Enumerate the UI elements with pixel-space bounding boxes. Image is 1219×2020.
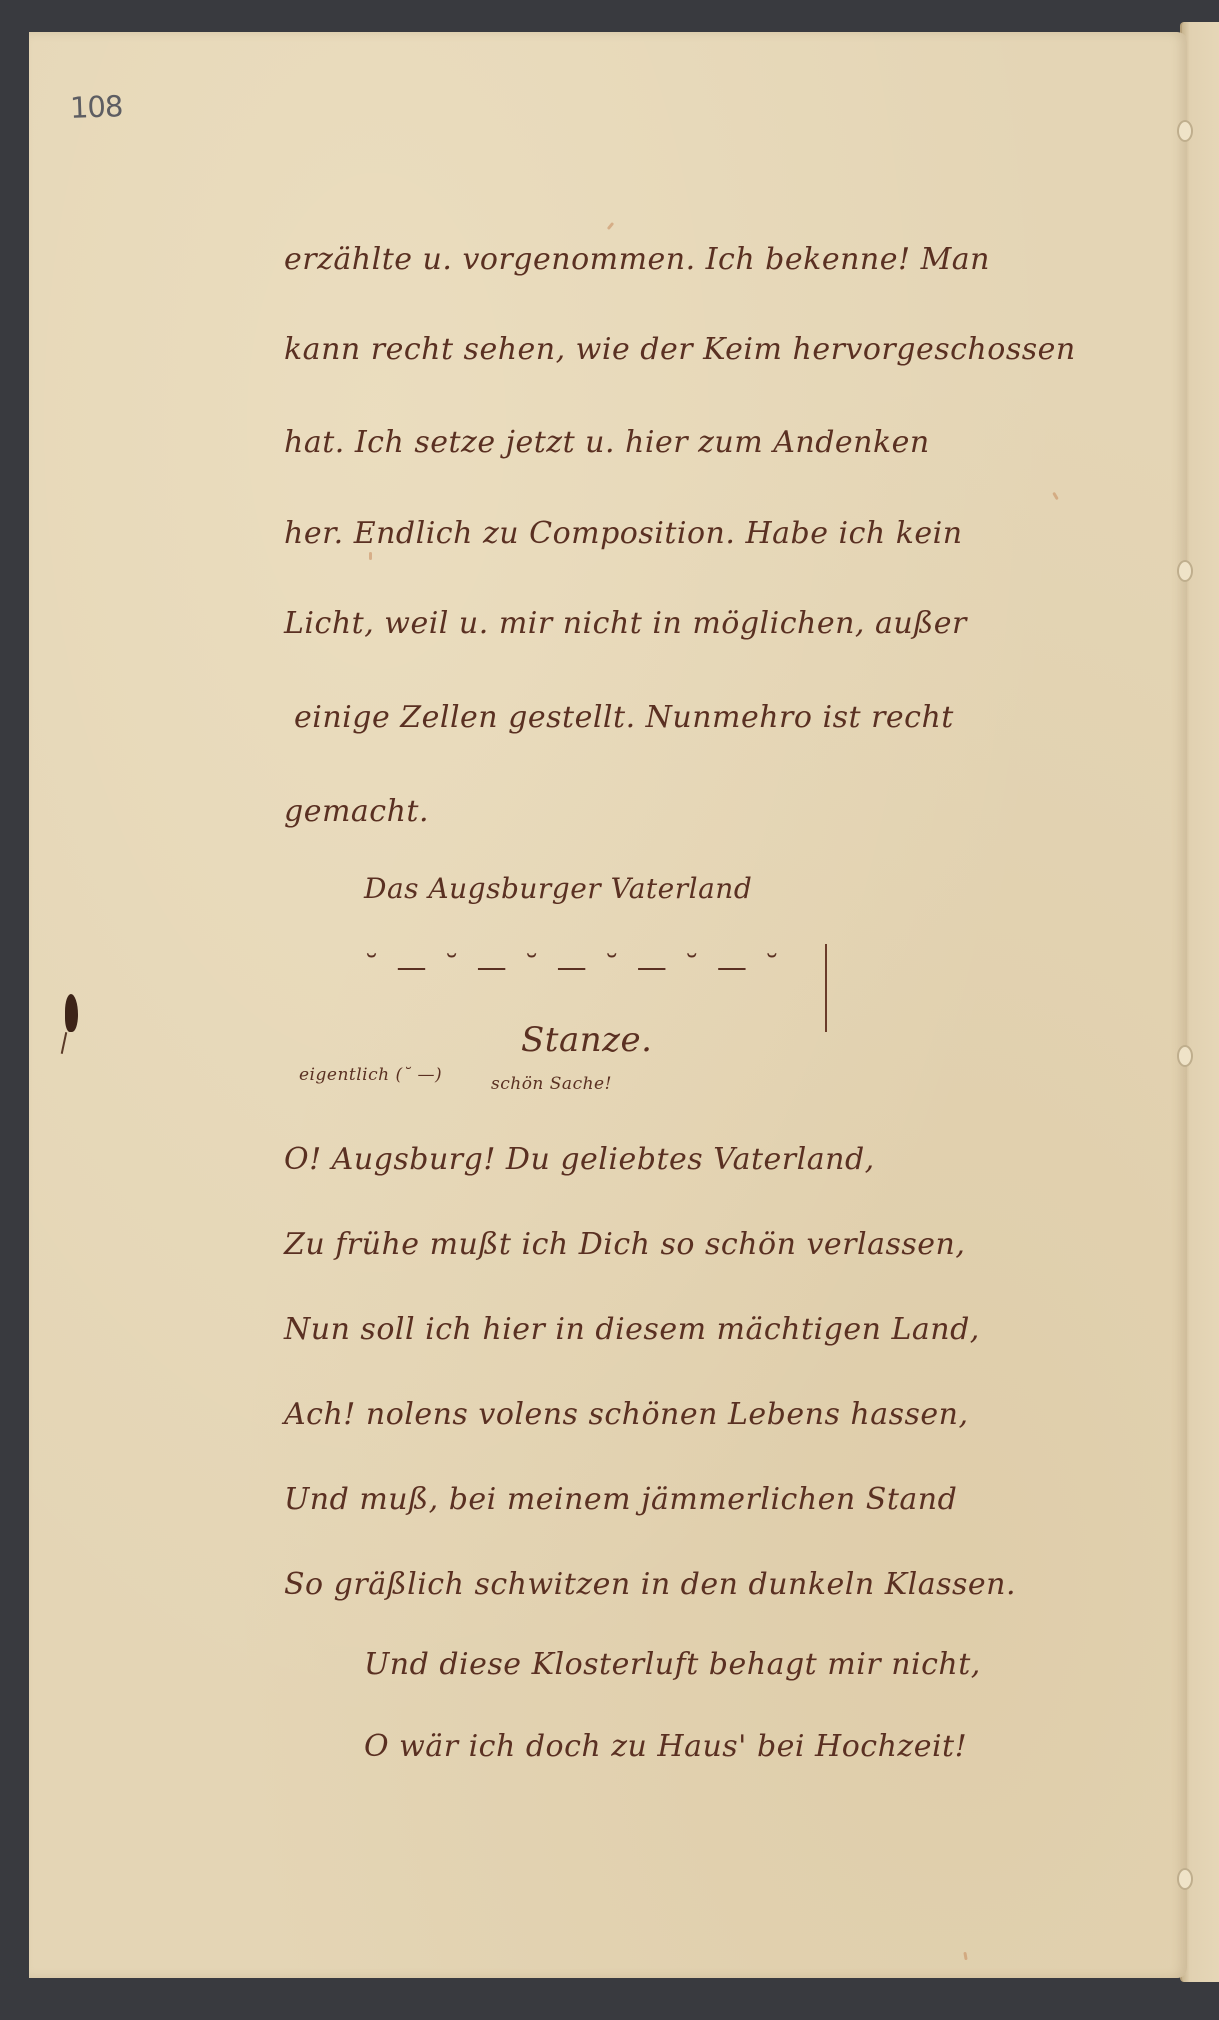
prose-line: einige Zellen gestellt. Nunmehro ist rec… <box>294 700 954 735</box>
prose-line: hat. Ich setze jetzt u. hier zum Andenke… <box>284 425 930 460</box>
verse-line: Zu frühe mußt ich Dich so schön verlasse… <box>284 1227 965 1262</box>
stanza-label: Stanze. <box>521 1020 652 1060</box>
binding-hole <box>1177 560 1193 582</box>
verse-line: Ach! nolens volens schönen Lebens hassen… <box>284 1397 968 1432</box>
binding-hole <box>1177 120 1193 142</box>
verse-line: Nun soll ich hier in diesem mächtigen La… <box>284 1312 980 1347</box>
prose-line: kann recht sehen, wie der Keim hervorges… <box>284 332 1076 367</box>
meter-scansion: ˘ — ˘ — ˘ — ˘ — ˘ — ˘ <box>364 950 783 985</box>
verse-line: So gräßlich schwitzen in den dunkeln Kla… <box>284 1567 1016 1602</box>
paper-speck <box>369 552 372 560</box>
paper-speck <box>1052 492 1059 500</box>
verse-line: Und diese Klosterluft behagt mir nicht, <box>364 1647 981 1682</box>
margin-note: schön Sache! <box>491 1074 612 1094</box>
ink-blot-tail-mark <box>61 1032 68 1054</box>
margin-note: eigentlich (˘ —) <box>299 1065 442 1085</box>
verse-line: O wär ich doch zu Haus' bei Hochzeit! <box>364 1729 967 1764</box>
paper-speck <box>963 1952 967 1960</box>
ink-blot-mark <box>65 994 78 1032</box>
verse-line: O! Augsburg! Du geliebtes Vaterland, <box>284 1142 875 1177</box>
prose-line: her. Endlich zu Composition. Habe ich ke… <box>284 516 963 551</box>
paper-speck <box>607 222 614 230</box>
verse-line: Und muß, bei meinem jämmerlichen Stand <box>284 1482 957 1517</box>
poem-title: Das Augsburger Vaterland <box>364 872 752 905</box>
binding-hole <box>1177 1868 1193 1890</box>
page-number: 108 <box>69 89 123 125</box>
manuscript-page: 108 erzählte u. vorgenommen. Ich bekenne… <box>29 32 1187 1978</box>
prose-line: erzählte u. vorgenommen. Ich bekenne! Ma… <box>284 242 990 277</box>
caesura-bar <box>825 944 827 1032</box>
prose-line: Licht, weil u. mir nicht in möglichen, a… <box>284 606 967 641</box>
prose-line: gemacht. <box>284 794 429 829</box>
binding-hole <box>1177 1045 1193 1067</box>
